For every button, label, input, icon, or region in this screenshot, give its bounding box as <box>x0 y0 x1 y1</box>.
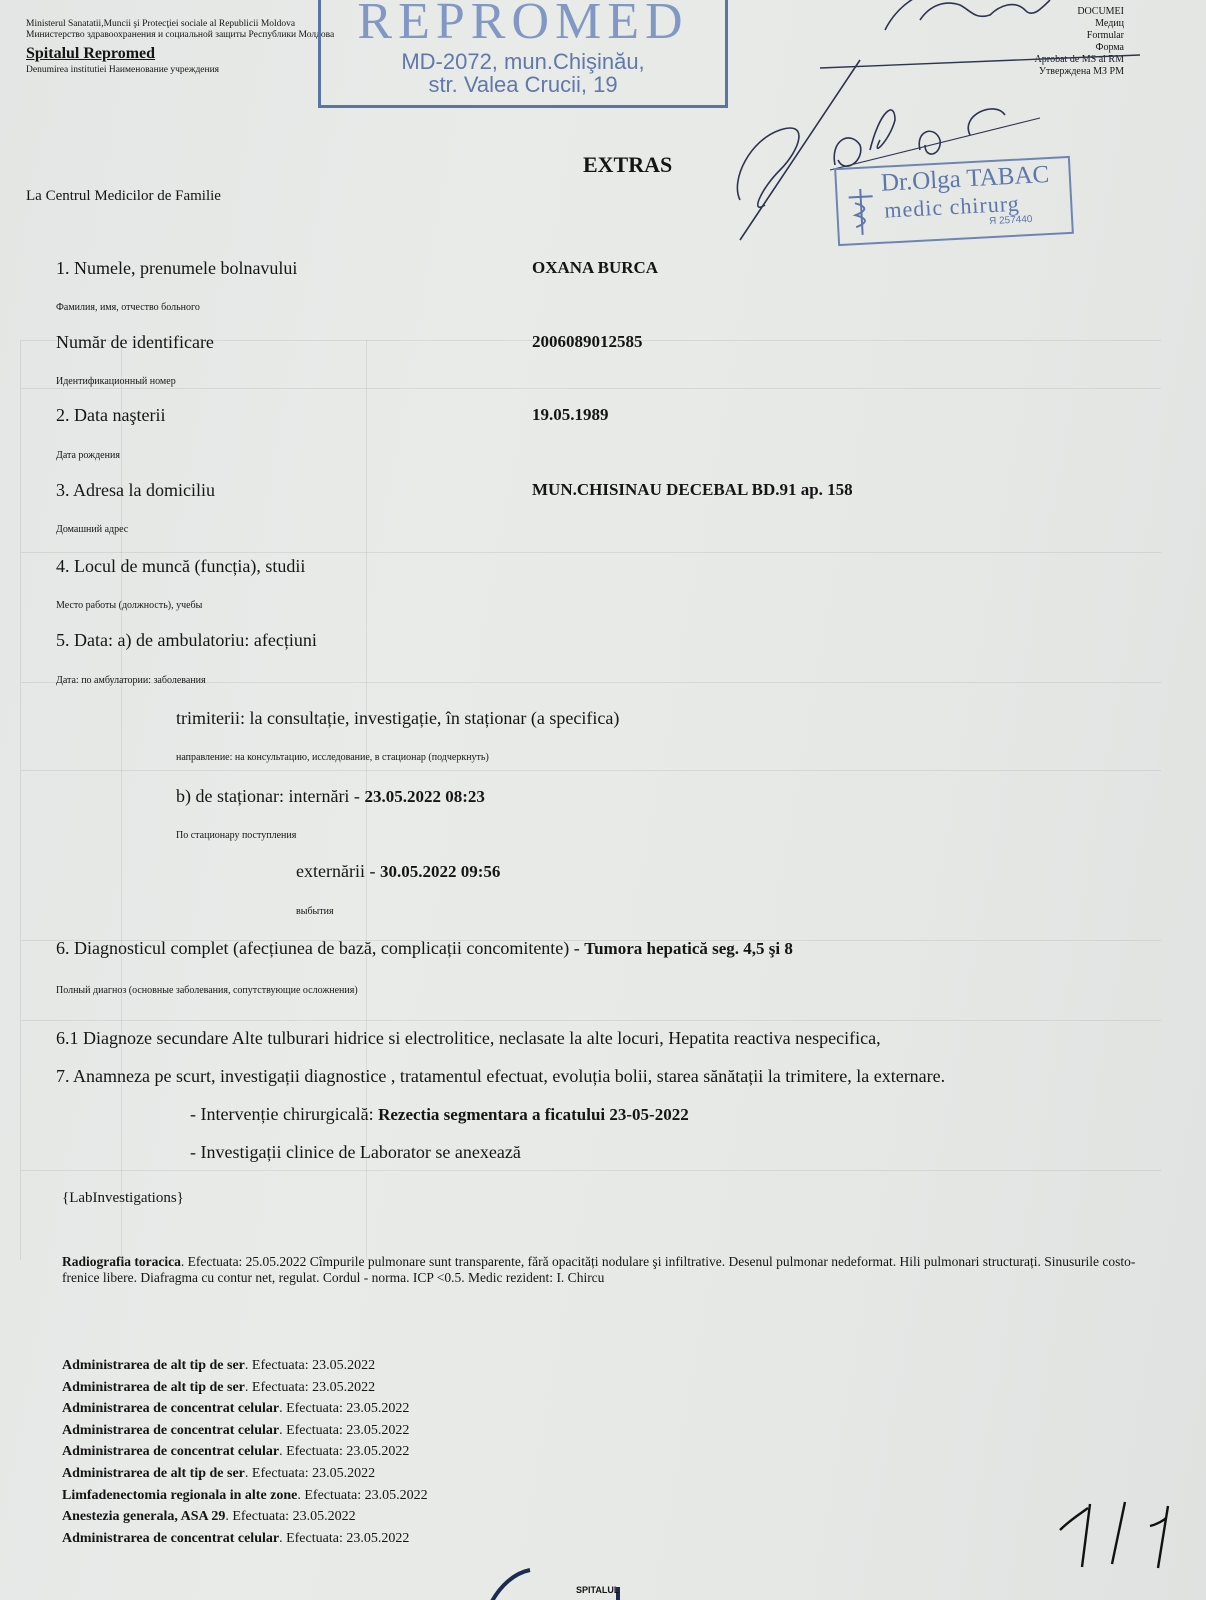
diagnosis-sub: Полный диагноз (основные заболевания, со… <box>56 985 358 996</box>
procedure-name: Administrarea de concentrat celular <box>62 1444 279 1459</box>
field-sub-ambulatory: Дата: по амбулатории: заболевания <box>56 675 206 686</box>
surgery-line: - Intervenție chirurgicală: Rezectia seg… <box>190 1104 689 1125</box>
diagnosis-line: 6. Diagnosticul complet (afecțiunea de b… <box>56 938 793 959</box>
referrals-sub: направление: на консультацию, исследован… <box>176 752 489 763</box>
procedure-date: . Efectuata: 23.05.2022 <box>297 1488 427 1503</box>
footer-stamp-text: SPITALUL <box>576 1585 619 1595</box>
procedure-item: Administrarea de concentrat celular. Efe… <box>62 1441 428 1463</box>
procedure-name: Administrarea de alt tip de ser <box>62 1466 245 1481</box>
procedure-item: Administrarea de alt tip de ser. Efectua… <box>62 1355 428 1377</box>
doctor-stamp: Dr.Olga TABAC medic chirurg Я 257440 <box>834 156 1074 246</box>
procedure-name: Administrarea de alt tip de ser <box>62 1358 245 1373</box>
procedure-item: Anestezia generala, ASA 29. Efectuata: 2… <box>62 1506 428 1528</box>
secondary-diagnosis: 6.1 Diagnoze secundare Alte tulburari hi… <box>56 1028 881 1049</box>
field-label-id: Număr de identificare <box>56 332 214 353</box>
surgery-label: - Intervenție chirurgicală: <box>190 1104 378 1124</box>
field-sub-workplace: Место работы (должность), учебы <box>56 600 202 611</box>
page-number-handwritten <box>1040 1490 1180 1570</box>
discharge-datetime: 30.05.2022 09:56 <box>380 862 500 881</box>
patient-id: 2006089012585 <box>532 332 643 352</box>
discharge-line: externării - 30.05.2022 09:56 <box>296 861 500 882</box>
stamp-address-line1: MD-2072, mun.Chişinău, <box>321 50 725 73</box>
stamp-doctor-code: Я 257440 <box>989 214 1033 227</box>
field-label-address: 3. Adresa la domiciliu <box>56 480 215 501</box>
procedure-name: Administrarea de alt tip de ser <box>62 1380 245 1395</box>
diagnosis-value: Tumora hepatică seg. 4,5 şi 8 <box>584 939 793 958</box>
lab-note: - Investigații clinice de Laborator se a… <box>190 1142 521 1163</box>
procedure-date: . Efectuata: 23.05.2022 <box>245 1466 375 1481</box>
procedure-name: Administrarea de concentrat celular <box>62 1531 279 1546</box>
procedure-name: Administrarea de concentrat celular <box>62 1401 279 1416</box>
procedure-item: Administrarea de alt tip de ser. Efectua… <box>62 1463 428 1485</box>
procedure-item: Administrarea de concentrat celular. Efe… <box>62 1398 428 1420</box>
procedure-date: . Efectuata: 23.05.2022 <box>279 1531 409 1546</box>
surgery-value: Rezectia segmentara a ficatului 23-05-20… <box>378 1105 689 1124</box>
discharge-label: externării - <box>296 861 380 881</box>
field-sub-id: Идентификационный номер <box>56 376 176 387</box>
admission-line: b) de staționar: internări - 23.05.2022 … <box>176 786 485 807</box>
institution-name: Spitalul Repromed <box>26 45 155 63</box>
stamp-doctor-name: Dr.Olga TABAC <box>880 161 1050 198</box>
procedure-name: Anestezia generala, ASA 29 <box>62 1509 225 1524</box>
addressee: La Centrul Medicilor de Familie <box>26 188 221 205</box>
ministry-ru: Министерство здравоохранения и социально… <box>26 30 334 41</box>
patient-name: OXANA BURCA <box>532 258 658 278</box>
procedure-item: Administrarea de alt tip de ser. Efectua… <box>62 1377 428 1399</box>
procedures-list: Administrarea de alt tip de ser. Efectua… <box>62 1355 428 1549</box>
field-label-ambulatory: 5. Data: a) de ambulatoriu: afecțiuni <box>56 630 317 651</box>
radiography-entry: Radiografia toracica. Efectuata: 25.05.2… <box>62 1254 1172 1286</box>
procedure-date: . Efectuata: 23.05.2022 <box>279 1423 409 1438</box>
admission-datetime: 23.05.2022 08:23 <box>364 787 484 806</box>
lab-investigations-placeholder: {LabInvestigations} <box>62 1190 184 1207</box>
patient-address: MUN.CHISINAU DECEBAL BD.91 ap. 158 <box>532 480 853 500</box>
radiography-text: . Efectuata: 25.05.2022 Cîmpurile pulmon… <box>62 1254 1135 1285</box>
diagnosis-label: 6. Diagnosticul complet (afecțiunea de b… <box>56 938 584 958</box>
procedure-date: . Efectuata: 23.05.2022 <box>279 1401 409 1416</box>
procedure-date: . Efectuata: 23.05.2022 <box>245 1358 375 1373</box>
procedure-item: Limfadenectomia regionala in alte zone. … <box>62 1485 428 1507</box>
institution-caption: Denumirea institutiei Наименование учреж… <box>26 65 219 76</box>
ministry-ro: Ministerul Sanatatii,Muncii şi Protecţie… <box>26 19 295 30</box>
radiography-title: Radiografia toracica <box>62 1254 181 1269</box>
procedure-date: . Efectuata: 23.05.2022 <box>279 1444 409 1459</box>
field-label-birthdate: 2. Data naşterii <box>56 405 165 426</box>
field-label-workplace: 4. Locul de muncă (funcția), studii <box>56 556 305 577</box>
procedure-item: Administrarea de concentrat celular. Efe… <box>62 1528 428 1550</box>
referrals-label: trimiterii: la consultație, investigație… <box>176 708 619 729</box>
admission-label: b) de staționar: internări - <box>176 786 364 806</box>
admission-sub: По стационару поступления <box>176 830 296 841</box>
procedure-date: . Efectuata: 23.05.2022 <box>225 1509 355 1524</box>
field-sub-address: Домашний адрес <box>56 524 128 535</box>
procedure-name: Administrarea de concentrat celular <box>62 1423 279 1438</box>
discharge-sub: выбытия <box>296 906 334 917</box>
stamp-hospital-name: REPROMED <box>321 0 725 50</box>
hospital-stamp: REPROMED MD-2072, mun.Chişinău, str. Val… <box>318 0 728 108</box>
procedure-name: Limfadenectomia regionala in alte zone <box>62 1488 297 1503</box>
field-sub-birthdate: Дата рождения <box>56 450 120 461</box>
stamp-address-line2: str. Valea Crucii, 19 <box>321 73 725 96</box>
procedure-date: . Efectuata: 23.05.2022 <box>245 1380 375 1395</box>
procedure-item: Administrarea de concentrat celular. Efe… <box>62 1420 428 1442</box>
field-sub-name: Фамилия, имя, отчество больного <box>56 302 200 313</box>
patient-birthdate: 19.05.1989 <box>532 405 609 425</box>
field-label-name: 1. Numele, prenumele bolnavului <box>56 258 297 279</box>
anamnesis: 7. Anamneza pe scurt, investigații diagn… <box>56 1066 945 1087</box>
document-title: EXTRAS <box>583 152 672 178</box>
caduceus-icon <box>845 186 878 238</box>
